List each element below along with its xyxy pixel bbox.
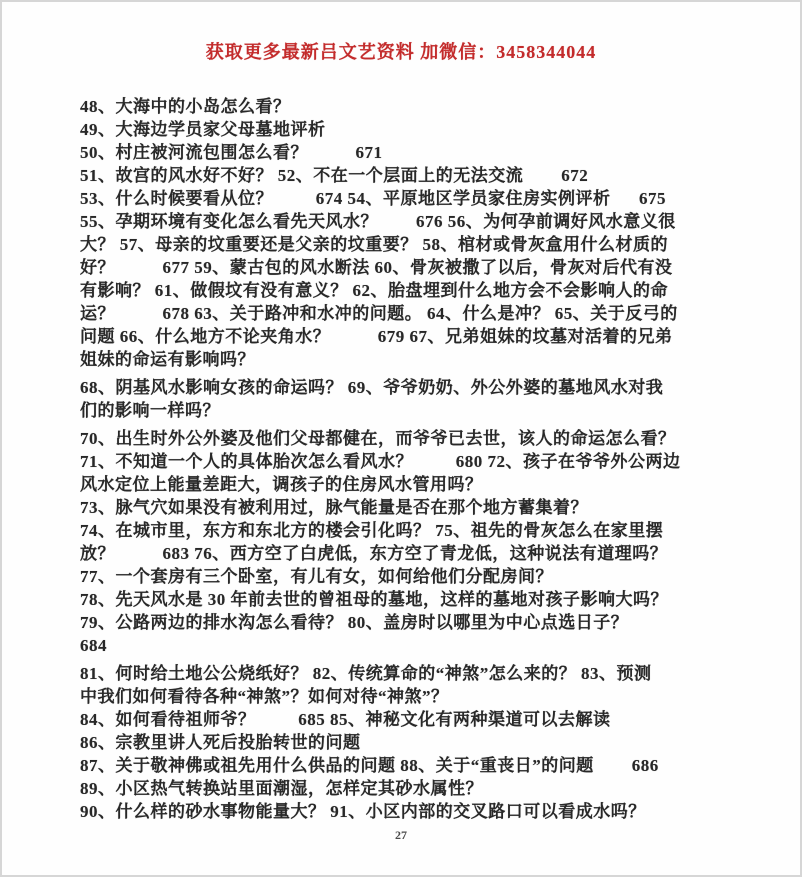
document-page: 获取更多最新吕文艺资料 加微信：3458344044 48、大海中的小岛怎么看？…: [0, 0, 802, 877]
toc-line: 运？ 678 63、关于路冲和水冲的问题。 64、什么是冲？ 65、关于反弓的: [80, 302, 750, 325]
toc-line: 71、不知道一个人的具体胎次怎么看风水？ 680 72、孩子在爷爷外公两边: [80, 450, 750, 473]
toc-line: 49、大海边学员家父母墓地评析: [80, 118, 750, 141]
toc-line: 78、先天风水是 30 年前去世的曾祖母的墓地，这样的墓地对孩子影响大吗？: [80, 588, 750, 611]
toc-line: 70、出生时外公外婆及他们父母都健在，而爷爷已去世，该人的命运怎么看？: [80, 427, 750, 450]
toc-line: 53、什么时候要看从位？ 674 54、平原地区学员家住房实例评析 675: [80, 187, 750, 210]
toc-line: 们的影响一样吗？: [80, 399, 750, 422]
toc-block: 68、阴基风水影响女孩的命运吗？ 69、爷爷奶奶、外公外婆的墓地风水对我们的影响…: [80, 376, 750, 422]
toc-line: 77、一个套房有三个卧室，有儿有女，如何给他们分配房间？: [80, 565, 750, 588]
toc-line: 51、故宫的风水好不好？ 52、不在一个层面上的无法交流 672: [80, 164, 750, 187]
toc-line: 73、脉气穴如果没有被利用过，脉气能量是否在那个地方蓄集着？: [80, 496, 750, 519]
toc-line: 74、在城市里，东方和东北方的楼会引化吗？ 75、祖先的骨灰怎么在家里摆: [80, 519, 750, 542]
toc-line: 84、如何看待祖师爷？ 685 85、神秘文化有两种渠道可以去解读: [80, 708, 750, 731]
toc-line: 有影响？ 61、做假坟有没有意义？ 62、胎盘埋到什么地方会不会影响人的命: [80, 279, 750, 302]
toc-line: 684: [80, 634, 750, 657]
toc-line: 79、公路两边的排水沟怎么看待？ 80、盖房时以哪里为中心点选日子？: [80, 611, 750, 634]
toc-line: 中我们如何看待各种“神煞”？如何对待“神煞”？: [80, 685, 750, 708]
toc-line: 问题 66、什么地方不论夹角水？ 679 67、兄弟姐妹的坟墓对活着的兄弟: [80, 325, 750, 348]
toc-list: 48、大海中的小岛怎么看？49、大海边学员家父母墓地评析50、村庄被河流包围怎么…: [80, 95, 750, 823]
toc-line: 68、阴基风水影响女孩的命运吗？ 69、爷爷奶奶、外公外婆的墓地风水对我: [80, 376, 750, 399]
toc-block: 48、大海中的小岛怎么看？49、大海边学员家父母墓地评析50、村庄被河流包围怎么…: [80, 95, 750, 371]
toc-line: 90、什么样的砂水事物能量大？ 91、小区内部的交叉路口可以看成水吗？: [80, 800, 750, 823]
toc-line: 86、宗教里讲人死后投胎转世的问题: [80, 731, 750, 754]
toc-line: 48、大海中的小岛怎么看？: [80, 95, 750, 118]
toc-line: 87、关于敬神佛或祖先用什么供品的问题 88、关于“重丧日”的问题 686: [80, 754, 750, 777]
page-number: 27: [2, 828, 800, 843]
toc-line: 好？ 677 59、蒙古包的风水断法 60、骨灰被撒了以后，骨灰对后代有没: [80, 256, 750, 279]
toc-block: 70、出生时外公外婆及他们父母都健在，而爷爷已去世，该人的命运怎么看？71、不知…: [80, 427, 750, 657]
toc-line: 55、孕期环境有变化怎么看先天风水？ 676 56、为何孕前调好风水意义很: [80, 210, 750, 233]
toc-line: 大？ 57、母亲的坟重要还是父亲的坟重要？ 58、棺材或骨灰盒用什么材质的: [80, 233, 750, 256]
toc-line: 89、小区热气转换站里面潮湿，怎样定其砂水属性？: [80, 777, 750, 800]
toc-line: 姐妹的命运有影响吗？: [80, 348, 750, 371]
toc-line: 风水定位上能量差距大，调孩子的住房风水管用吗？: [80, 473, 750, 496]
toc-block: 81、何时给土地公公烧纸好？ 82、传统算命的“神煞”怎么来的？ 83、预测中我…: [80, 662, 750, 823]
toc-line: 放？ 683 76、西方空了白虎低，东方空了青龙低，这种说法有道理吗？: [80, 542, 750, 565]
promo-header-text: 获取更多最新吕文艺资料 加微信：3458344044: [2, 38, 800, 64]
toc-line: 81、何时给土地公公烧纸好？ 82、传统算命的“神煞”怎么来的？ 83、预测: [80, 662, 750, 685]
toc-line: 50、村庄被河流包围怎么看？ 671: [80, 141, 750, 164]
